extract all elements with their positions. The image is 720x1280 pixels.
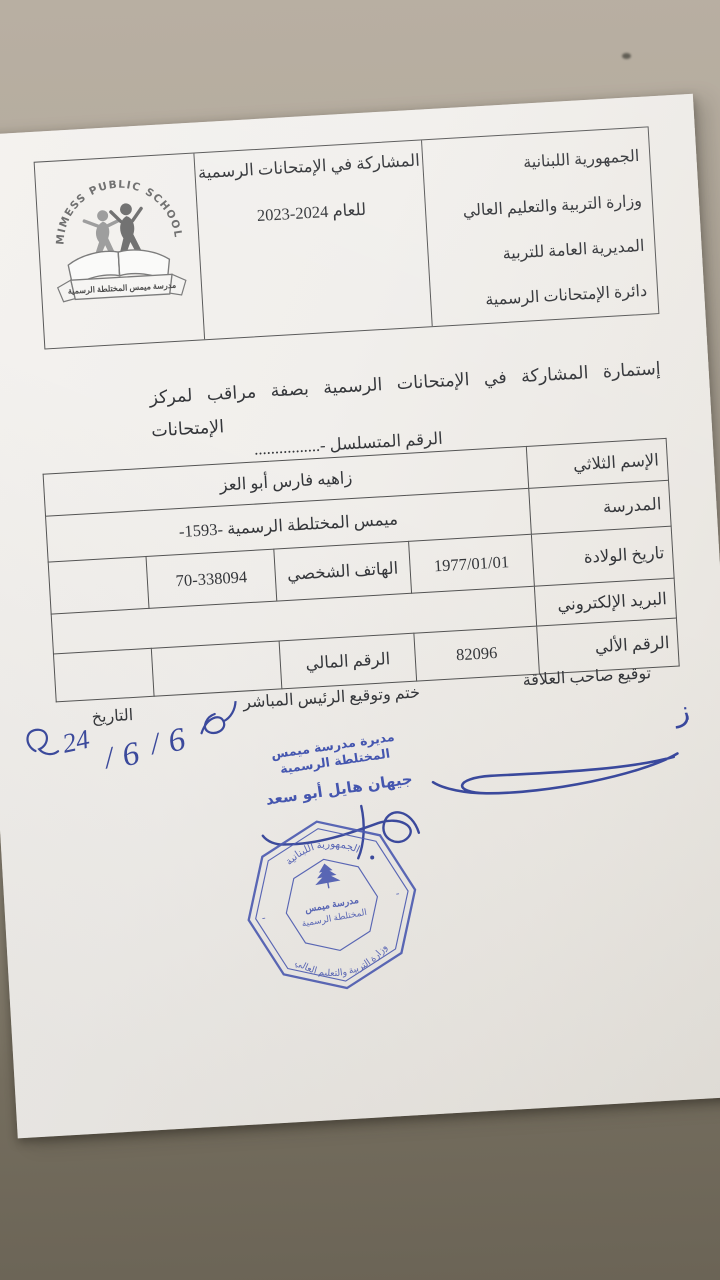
signature-flourish [432,753,679,799]
header-ministry-block: الجمهورية اللبنانية وزارة التربية والتعل… [422,127,658,326]
empty-cell [53,648,154,702]
svg-text:-: - [261,912,267,925]
empty-cell [48,556,149,614]
date-separator: / [145,726,165,761]
wall-speck [622,53,631,59]
birthdate-label: تاريخ الولادة [531,526,674,586]
header-participation-title: المشاركة في الإمتحانات الرسمية [195,150,423,183]
date-day: 6 [165,721,189,760]
date-year: 24 [59,724,92,759]
header-title-block: المشاركة في الإمتحانات الرسمية للعام 202… [194,140,432,339]
financial-number-label: الرقم المالي [279,633,417,689]
birthdate-value: 1977/01/01 [409,534,535,593]
official-octagon-stamp: الجمهورية اللبنانية وزارة التربية والتعل… [228,801,435,1008]
handwritten-date: 24 / 6 / 6 [19,700,264,814]
financial-number-value [151,641,282,696]
personal-phone-value: 70-338094 [146,549,277,608]
header-school-year: للعام 2024-2023 [198,196,426,229]
personal-phone-label: الهاتف الشخصي [274,541,412,601]
photo-of-document: الجمهورية اللبنانية وزارة التربية والتعل… [0,0,720,1280]
school-logo-icon: MIMESS PUBLIC SCHOOL [39,162,199,321]
date-flourish-left [26,726,59,758]
header-table: الجمهورية اللبنانية وزارة التربية والتعل… [34,126,660,349]
owner-signature: زاهية أبو العز [417,685,693,810]
svg-text:MIMESS PUBLIC SCHOOL: MIMESS PUBLIC SCHOOL [50,175,183,246]
applicant-table: الإسم الثلاثي زاهيه فارس أبو العز المدرس… [43,438,680,703]
header-logo-cell: MIMESS PUBLIC SCHOOL [35,154,205,349]
logo-arc-text: MIMESS PUBLIC SCHOOL [50,175,183,246]
svg-text:الجمهورية اللبنانية: الجمهورية اللبنانية [281,833,362,869]
date-separator: / [99,740,119,775]
paper-sheet: الجمهورية اللبنانية وزارة التربية والتعل… [0,94,720,1139]
school-label: المدرسة [529,480,671,534]
cedar-icon [314,863,339,890]
owner-signature-name: زاهية أبو العز [672,685,693,730]
auto-number-value: 82096 [414,626,540,681]
date-flourish-right [196,701,241,735]
svg-text:-: - [395,887,401,900]
stamp-top-text: الجمهورية اللبنانية [281,833,362,869]
date-month: 6 [119,735,143,774]
